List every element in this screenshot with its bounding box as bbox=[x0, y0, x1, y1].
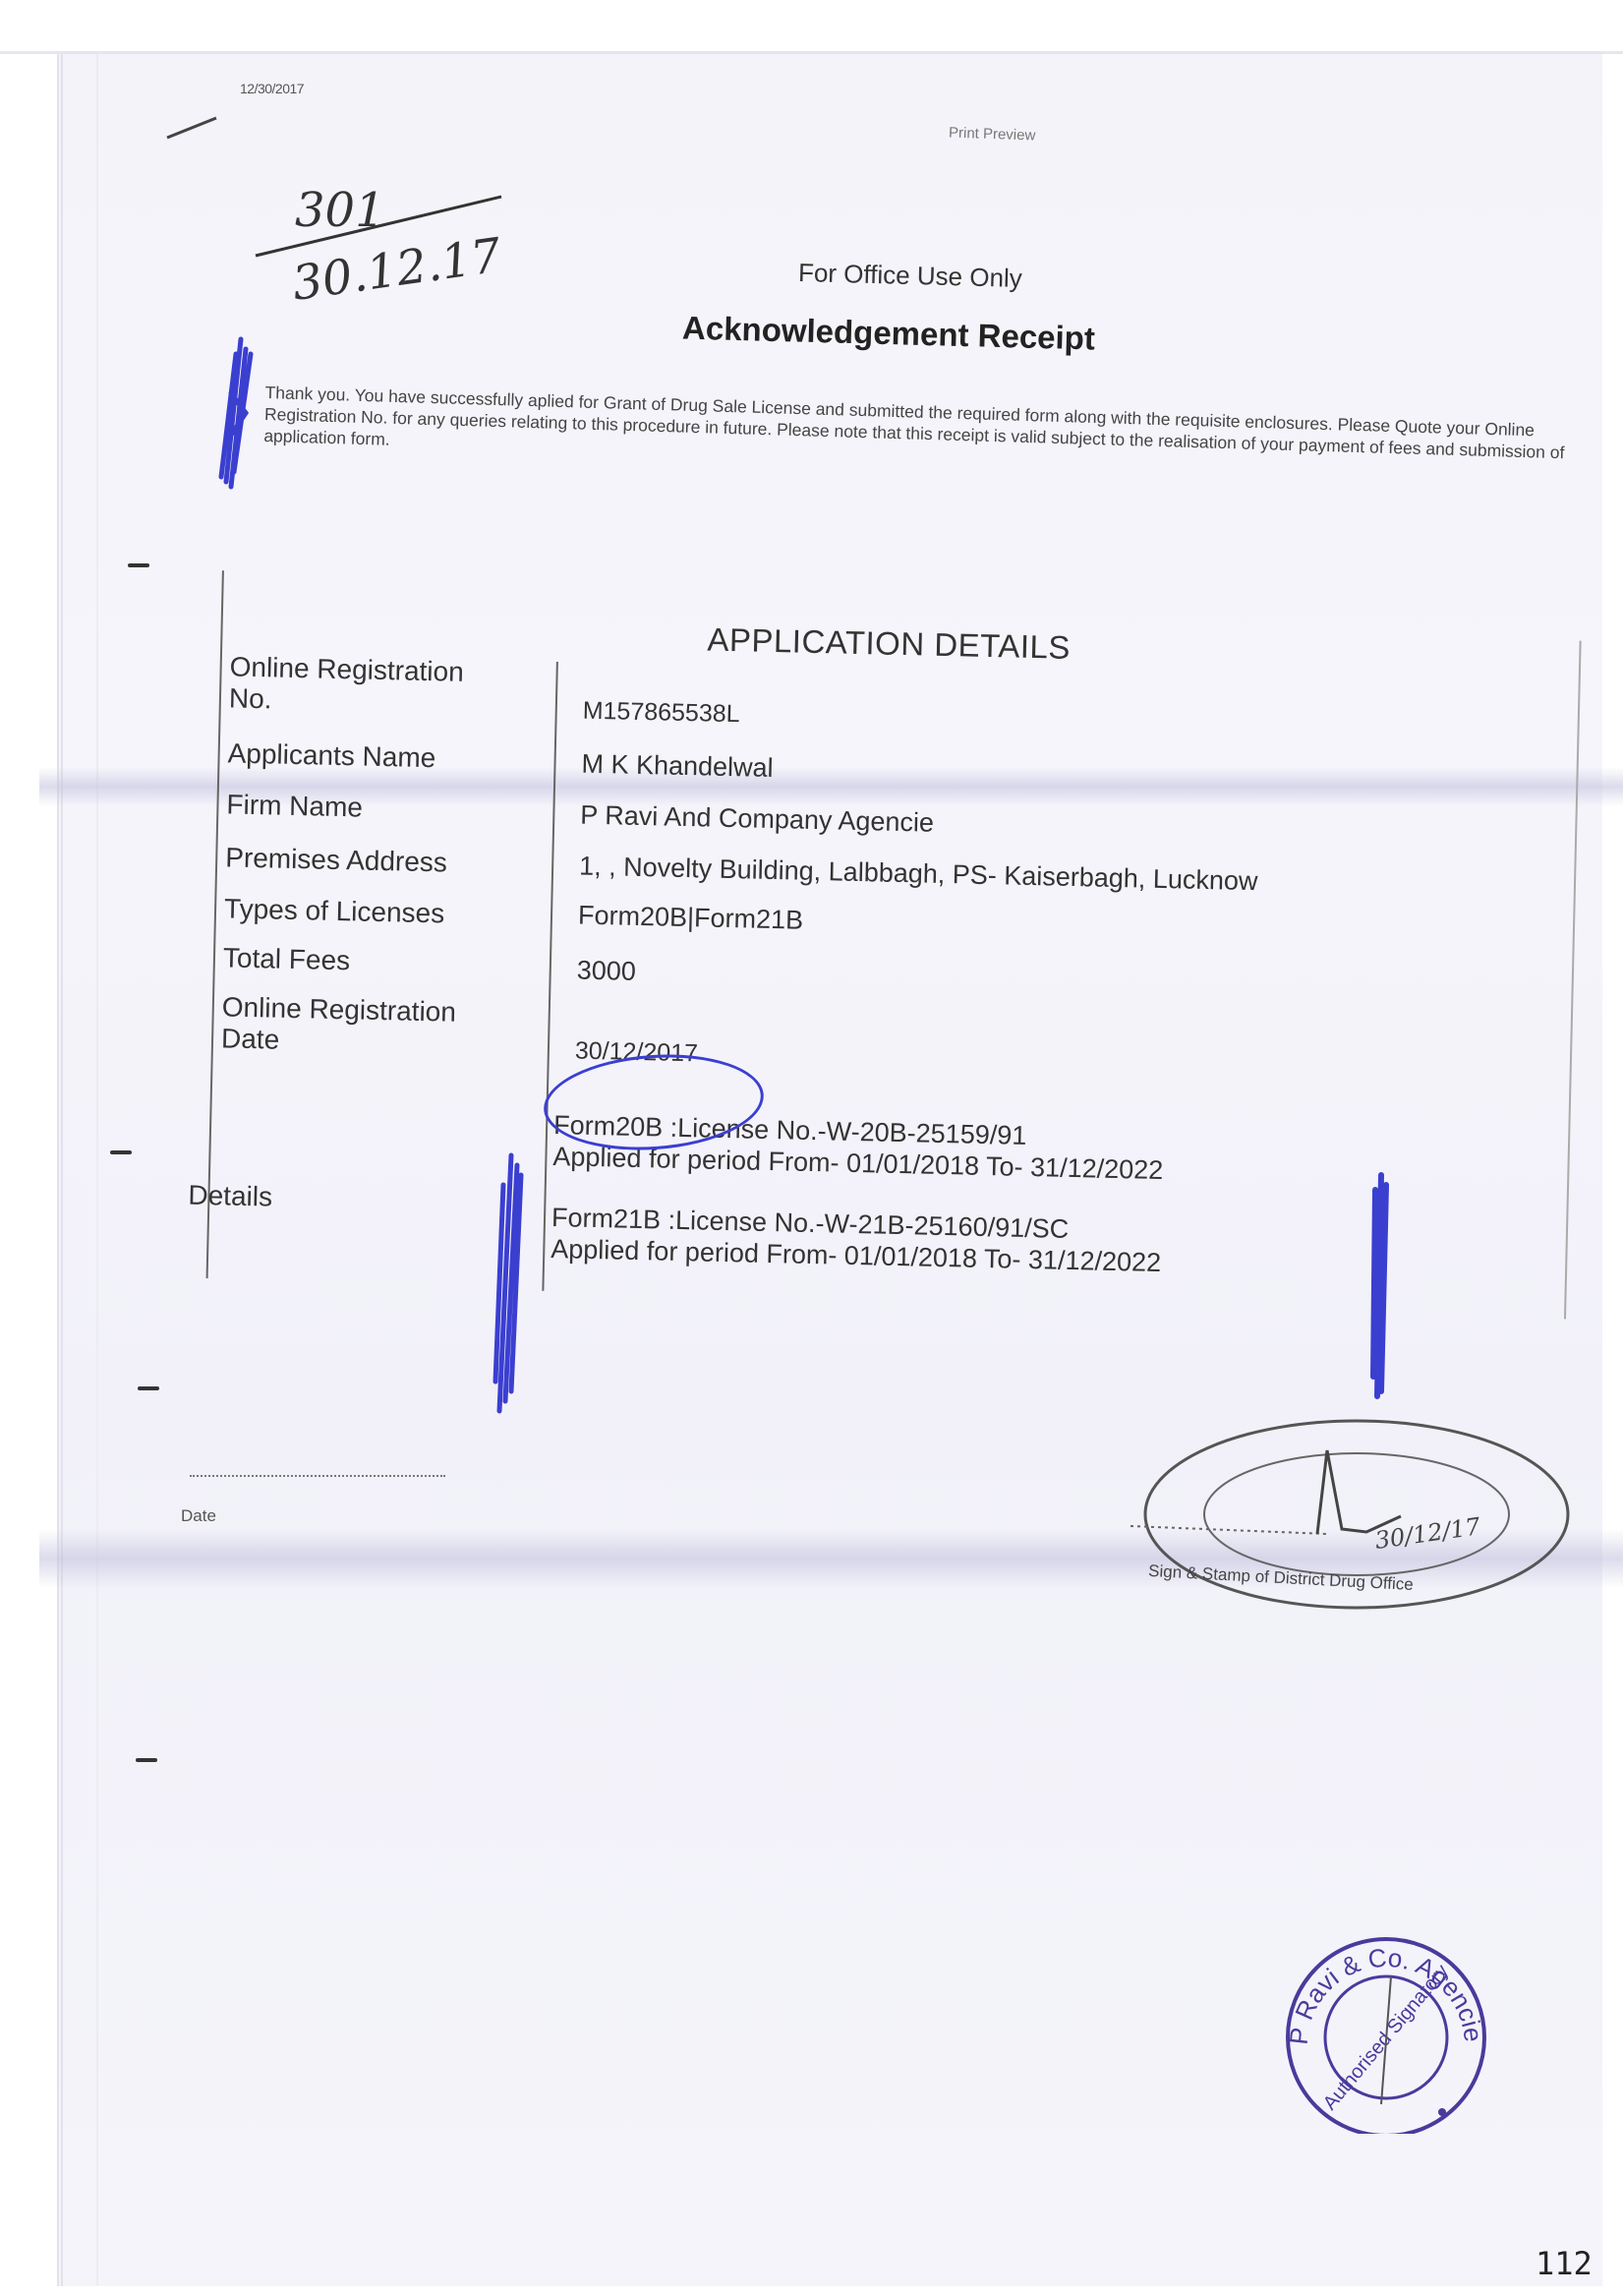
value-applicant-name: M K Khandelwal bbox=[581, 748, 774, 784]
ink-bracket-right-icon bbox=[1362, 1170, 1401, 1406]
value-license-types: Form20B|Form21B bbox=[578, 900, 804, 936]
value-firm-name: P Ravi And Company Agencie bbox=[580, 799, 934, 839]
label-premises-address: Premises Address bbox=[225, 842, 521, 880]
handwritten-number: 301 bbox=[295, 183, 385, 238]
label-registration-date: Online Registration Date bbox=[221, 991, 517, 1061]
firm-stamp-icon: P Ravi & Co. Agencies Authorised Signato… bbox=[1273, 1927, 1499, 2134]
label-applicant-name: Applicants Name bbox=[227, 737, 523, 776]
print-preview-label: Print Preview bbox=[949, 124, 1036, 144]
ink-scribble-icon bbox=[206, 334, 256, 492]
label-firm-name: Firm Name bbox=[226, 789, 522, 827]
detail-form21b: Form21B :License No.-W-21B-25160/91/SC A… bbox=[551, 1202, 1162, 1278]
label-registration-no: Online Registration No. bbox=[229, 651, 525, 721]
value-total-fees: 3000 bbox=[576, 955, 636, 987]
scan-left-edge bbox=[61, 54, 63, 2286]
label-license-types: Types of Licenses bbox=[224, 893, 520, 931]
print-date: 12/30/2017 bbox=[240, 81, 304, 96]
date-signature-line bbox=[190, 1475, 445, 1477]
label-details: Details bbox=[188, 1180, 484, 1218]
stamp-signature-date: 30/12/17 bbox=[1373, 1512, 1482, 1555]
label-total-fees: Total Fees bbox=[223, 942, 519, 980]
scan-mark bbox=[136, 1758, 157, 1762]
scan-mark bbox=[128, 563, 149, 567]
page-number: 112 bbox=[1536, 2245, 1593, 2282]
value-premises-address: 1, , Novelty Building, Lalbbagh, PS- Kai… bbox=[579, 851, 1258, 898]
date-label: Date bbox=[181, 1506, 216, 1526]
table-column-divider bbox=[542, 662, 558, 1291]
scan-mark bbox=[110, 1150, 132, 1154]
ink-bracket-left-icon bbox=[482, 1146, 531, 1421]
application-details-heading: APPLICATION DETAILS bbox=[707, 620, 1071, 666]
scan-left-edge-inner bbox=[96, 54, 98, 2286]
office-use-label: For Office Use Only bbox=[798, 258, 1023, 294]
scan-mark bbox=[138, 1386, 159, 1390]
value-registration-no: M157865538L bbox=[582, 695, 740, 731]
handwritten-note: 301 30.12.17 bbox=[147, 98, 560, 305]
